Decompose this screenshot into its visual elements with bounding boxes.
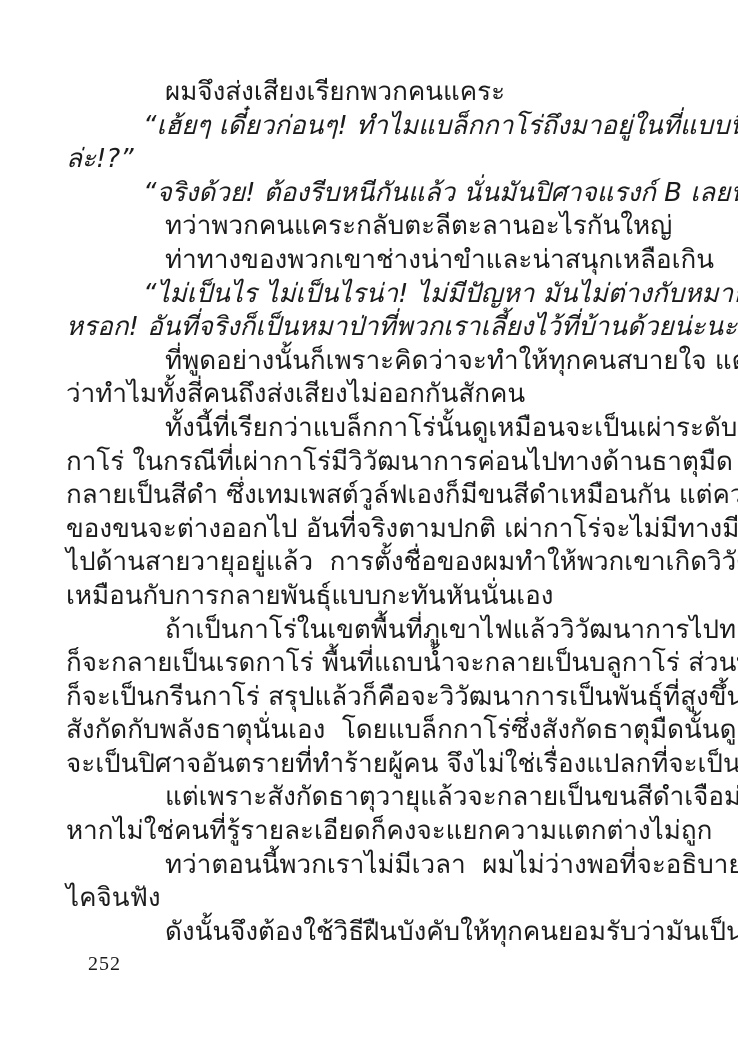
text-line-quote: ล่ะ!?” (66, 143, 676, 177)
text-line-quote: “เฮ้ยๆ เดี๋ยวก่อนๆ! ทำไมแบล็กกาโร่ถึงมาอ… (66, 110, 676, 144)
text-line: ทั้งนี้ที่เรียกว่าแบล็กกาโร่นั้นดูเหมือน… (66, 412, 676, 446)
page-number: 252 (88, 953, 121, 976)
text-line: หากไม่ใช่คนที่รู้รายละเอียดก็คงจะแยกความ… (66, 815, 676, 849)
text-line: ผมจึงส่งเสียงเรียกพวกคนแคระ (66, 76, 676, 110)
text-line: ทว่าตอนนี้พวกเราไม่มีเวลา ผมไม่ว่างพอที่… (66, 849, 676, 883)
text-line: ว่าทำไมทั้งสี่คนถึงส่งเสียงไม่ออกกันสักค… (66, 378, 676, 412)
text-line: ที่พูดอย่างนั้นก็เพราะคิดว่าจะทำให้ทุกคน… (66, 345, 676, 379)
text-line: กลายเป็นสีดำ ซึ่งเทมเพสต์วูล์ฟเองก็มีขนส… (66, 479, 676, 513)
page-text: ผมจึงส่งเสียงเรียกพวกคนแคระ “เฮ้ยๆ เดี๋ย… (66, 76, 676, 949)
text-line: เหมือนกับการกลายพันธุ์แบบกะทันหันนั่นเอง (66, 580, 676, 614)
text-line: แต่เพราะสังกัดธาตุวายุแล้วจะกลายเป็นขนสี… (66, 781, 676, 815)
text-line: ท่าทางของพวกเขาช่างน่าขำและน่าสนุกเหลือเ… (66, 244, 676, 278)
text-line-quote: “จริงด้วย! ต้องรีบหนีกันแล้ว นั่นมันปิศา… (66, 177, 676, 211)
text-line: ของขนจะต่างออกไป อันที่จริงตามปกติ เผ่าก… (66, 513, 676, 547)
text-line: กาโร่ ในกรณีที่เผ่ากาโร่มีวิวัฒนาการค่อน… (66, 446, 676, 480)
book-page: ผมจึงส่งเสียงเรียกพวกคนแคระ “เฮ้ยๆ เดี๋ย… (0, 0, 738, 1051)
text-line: ไปด้านสายวายุอยู่แล้ว การตั้งชื่อของผมทำ… (66, 546, 676, 580)
text-line: ดังนั้นจึงต้องใช้วิธีฝืนบังคับให้ทุกคนยอ… (66, 916, 676, 950)
text-line: ก็จะกลายเป็นเรดกาโร่ พื้นที่แถบน้ำจะกลาย… (66, 647, 676, 681)
text-line: ทว่าพวกคนแคระกลับตะลีตะลานอะไรกันใหญ่ (66, 210, 676, 244)
text-line: จะเป็นปิศาจอันตรายที่ทำร้ายผู้คน จึงไม่ใ… (66, 748, 676, 782)
text-line: สังกัดกับพลังธาตุนั่นเอง โดยแบล็กกาโร่ซึ… (66, 714, 676, 748)
text-line: ไคจินฟัง (66, 882, 676, 916)
text-line: ก็จะเป็นกรีนกาโร่ สรุปแล้วก็คือจะวิวัฒนา… (66, 681, 676, 715)
text-line-quote: หรอก! อันที่จริงก็เป็นหมาป่าที่พวกเราเลี… (66, 311, 676, 345)
text-line-quote: “ไม่เป็นไร ไม่เป็นไรน่า! ไม่มีปัญหา มันไ… (66, 278, 676, 312)
text-line: ถ้าเป็นกาโร่ในเขตพื้นที่ภูเขาไฟแล้ววิวัฒ… (66, 614, 676, 648)
